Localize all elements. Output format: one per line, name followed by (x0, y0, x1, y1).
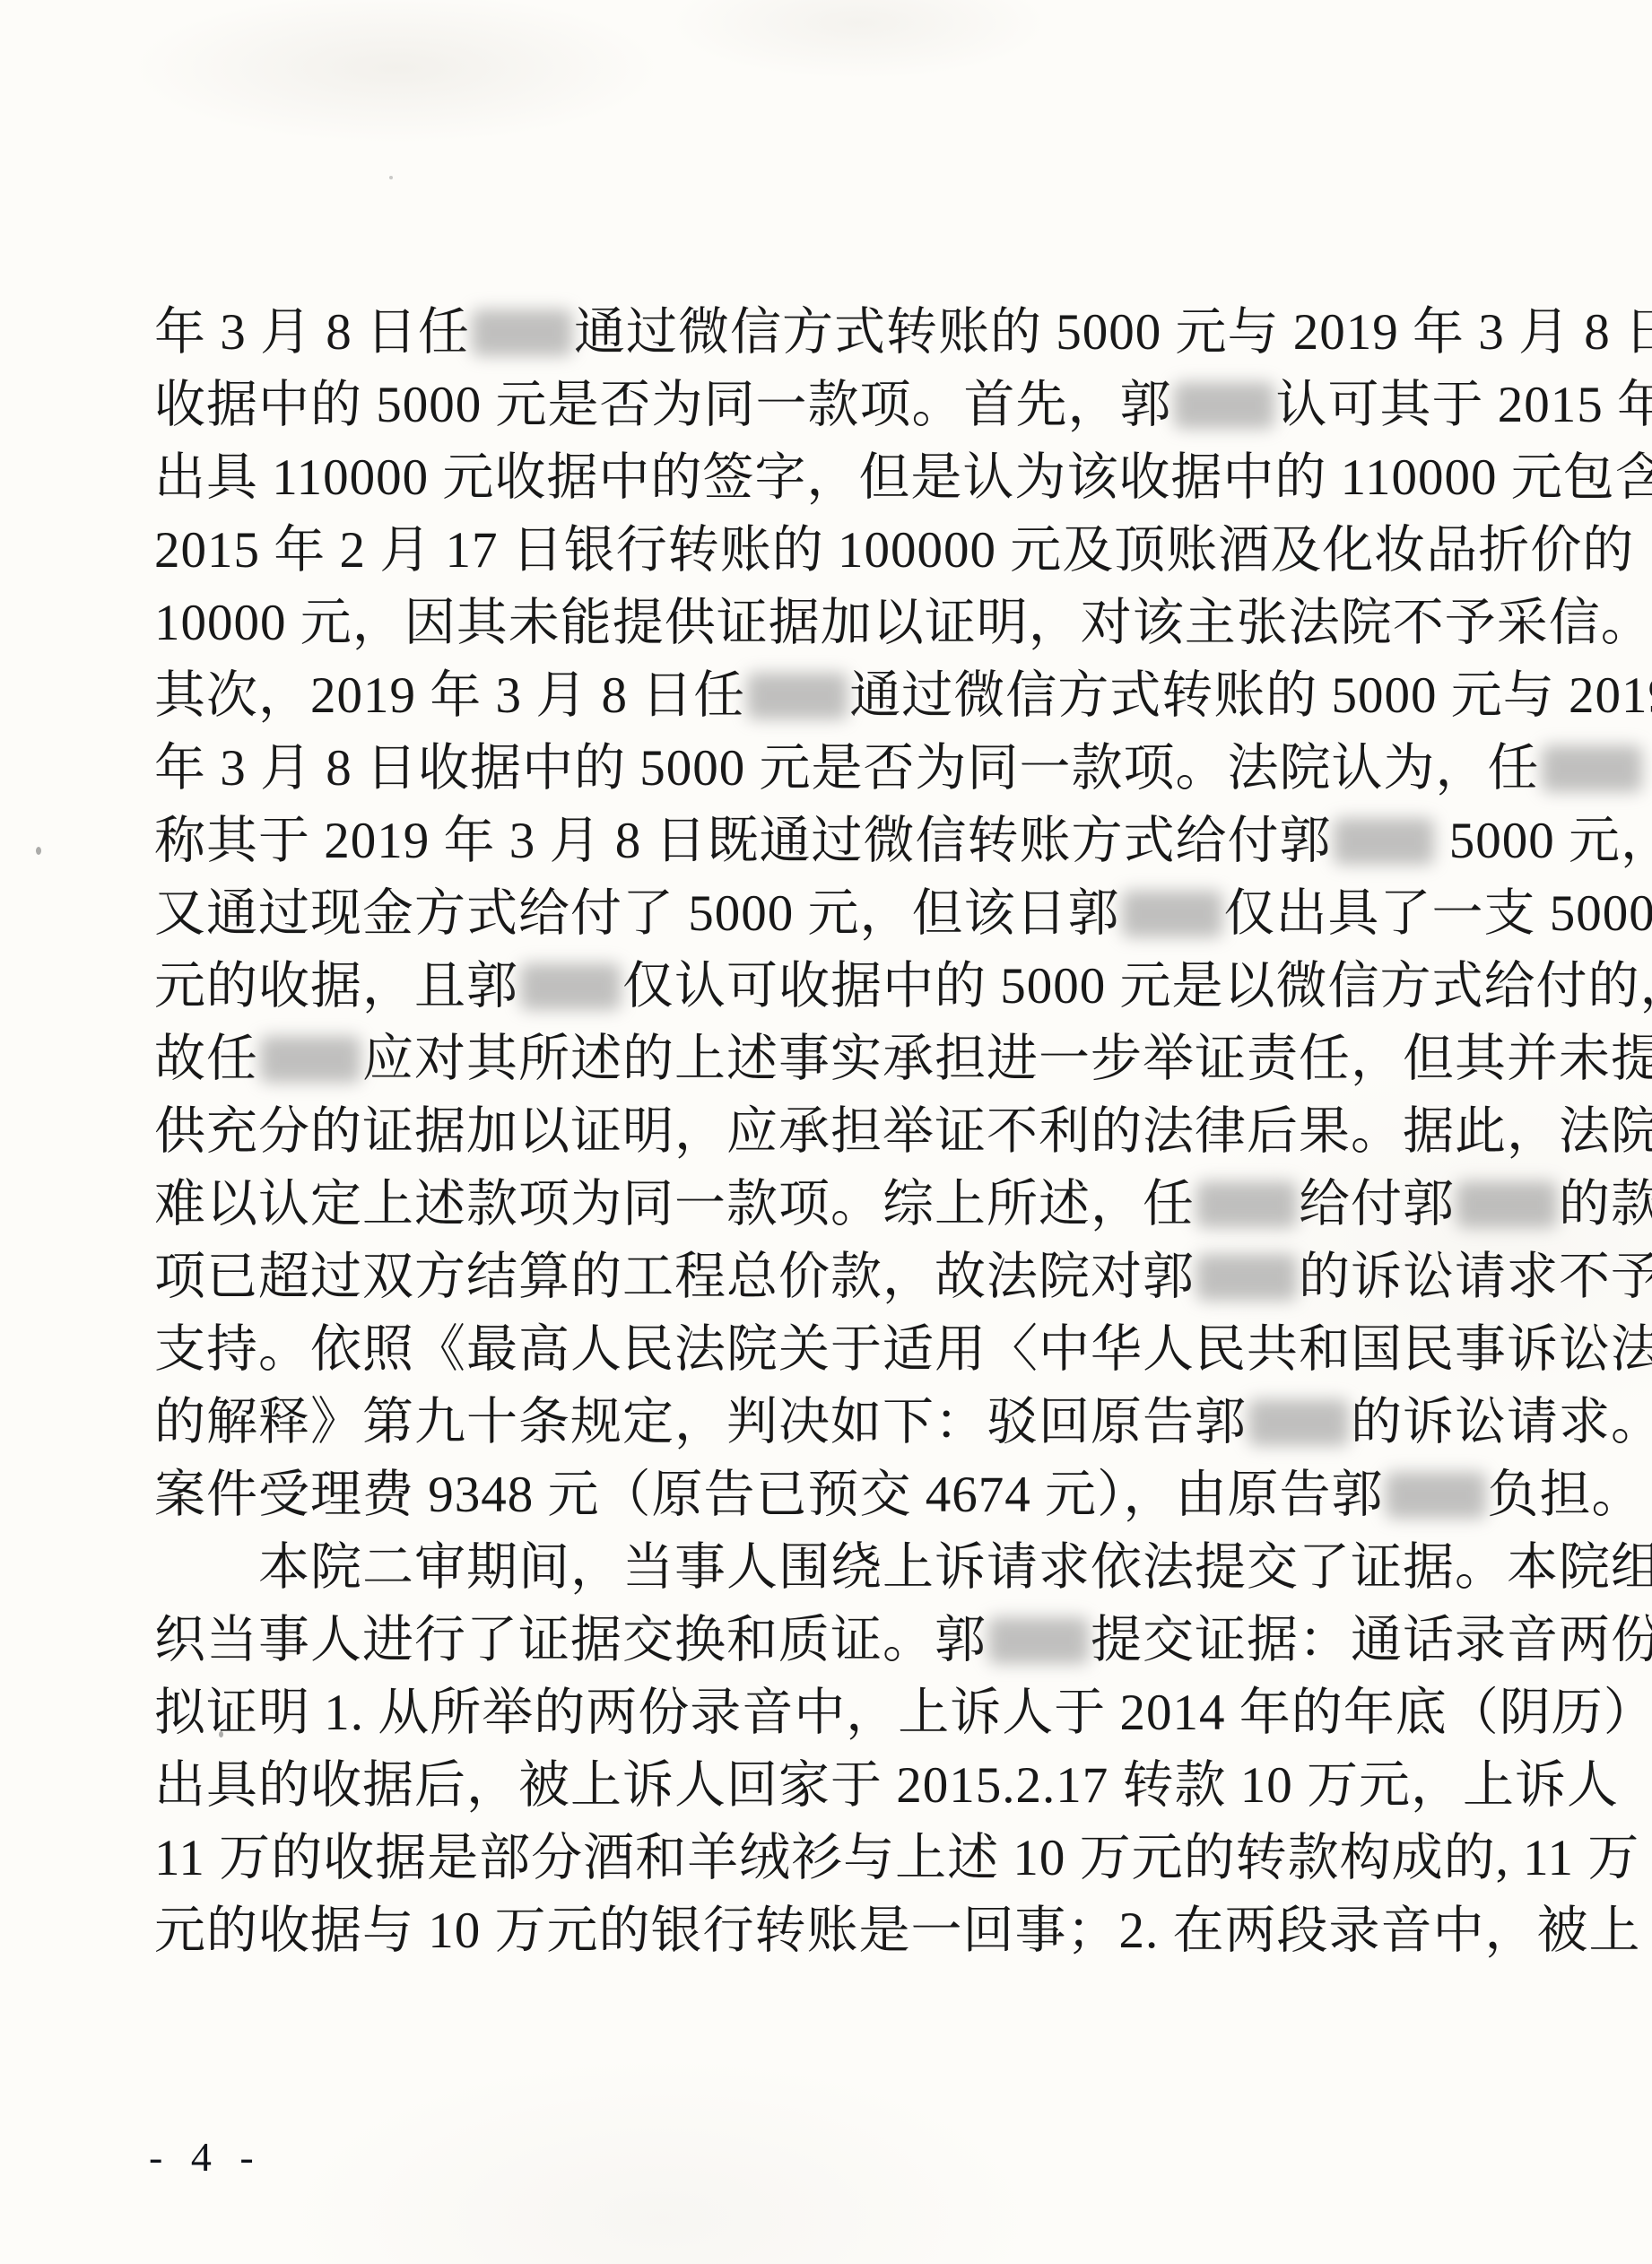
text-line: 本院二审期间，当事人围绕上诉请求依法提交了证据。本院组 (154, 1531, 1526, 1604)
redacted-name (1196, 1254, 1297, 1301)
text-line: 支持。依照《最高人民法院关于适用〈中华人民共和国民事诉讼法〉 (154, 1313, 1526, 1386)
text-line: 年 3 月 8 日收据中的 5000 元是否为同一款项。法院认为，任 (154, 732, 1526, 805)
redacted-name (747, 673, 848, 719)
text-line: 难以认定上述款项为同一款项。综上所述，任给付郭的款 (154, 1168, 1526, 1241)
text-line: 2015 年 2 月 17 日银行转账的 100000 元及顶账酒及化妆品折价的 (154, 514, 1526, 587)
text-line: 收据中的 5000 元是否为同一款项。首先，郭认可其于 2015 年 (154, 369, 1526, 441)
text-line: 又通过现金方式给付了 5000 元，但该日郭仅出具了一支 5000 (154, 877, 1526, 950)
page-number: - 4 - (149, 2133, 263, 2181)
text-line: 元的收据与 10 万元的银行转账是一回事；2. 在两段录音中，被上 (154, 1894, 1526, 1967)
text-line: 10000 元，因其未能提供证据加以证明，对该主张法院不予采信。 (154, 587, 1526, 659)
scan-speck (36, 847, 41, 855)
redacted-name (1334, 818, 1434, 865)
redacted-name (1542, 745, 1642, 792)
text-line: 称其于 2019 年 3 月 8 日既通过微信转账方式给付郭 5000 元， (154, 805, 1526, 877)
scan-speck (389, 176, 393, 179)
text-line: 拟证明 1. 从所举的两份录音中，上诉人于 2014 年的年底（阴历） (154, 1676, 1526, 1749)
text-line: 出具的收据后，被上诉人回家于 2015.2.17 转款 10 万元，上诉人 (154, 1749, 1526, 1822)
text-line: 11 万的收据是部分酒和羊绒衫与上述 10 万元的转款构成的, 11 万 (154, 1822, 1526, 1894)
redacted-name (988, 1617, 1089, 1664)
redacted-name (260, 1036, 361, 1083)
scan-speck (219, 1731, 223, 1737)
redacted-name (1122, 891, 1222, 937)
redacted-name (1456, 1181, 1557, 1228)
document-page: 年 3 月 8 日任通过微信方式转账的 5000 元与 2019 年 3 月 8… (0, 0, 1652, 2264)
text-line: 供充分的证据加以证明，应承担举证不利的法律后果。据此，法院 (154, 1095, 1526, 1168)
text-line: 出具 110000 元收据中的签字，但是认为该收据中的 110000 元包含 (154, 441, 1526, 514)
redacted-name (1196, 1181, 1297, 1228)
document-body: 年 3 月 8 日任通过微信方式转账的 5000 元与 2019 年 3 月 8… (154, 296, 1526, 1967)
redacted-name (1386, 1472, 1486, 1519)
redacted-name (1174, 382, 1274, 429)
text-line: 的解释》第九十条规定，判决如下：驳回原告郭的诉讼请求。 (154, 1386, 1526, 1459)
text-line: 案件受理费 9348 元（原告已预交 4674 元），由原告郭负担。 (154, 1459, 1526, 1531)
text-line: 织当事人进行了证据交换和质证。郭提交证据：通话录音两份， (154, 1604, 1526, 1676)
text-line: 项已超过双方结算的工程总价款，故法院对郭的诉讼请求不予 (154, 1241, 1526, 1313)
redacted-name (1248, 1399, 1349, 1446)
text-line: 元的收据，且郭仅认可收据中的 5000 元是以微信方式给付的， (154, 950, 1526, 1023)
redacted-name (520, 963, 621, 1010)
text-line: 其次，2019 年 3 月 8 日任通过微信方式转账的 5000 元与 2019 (154, 659, 1526, 732)
text-line: 故任应对其所述的上述事实承担进一步举证责任，但其并未提 (154, 1023, 1526, 1095)
text-line: 年 3 月 8 日任通过微信方式转账的 5000 元与 2019 年 3 月 8… (154, 296, 1526, 369)
redacted-name (472, 309, 572, 356)
